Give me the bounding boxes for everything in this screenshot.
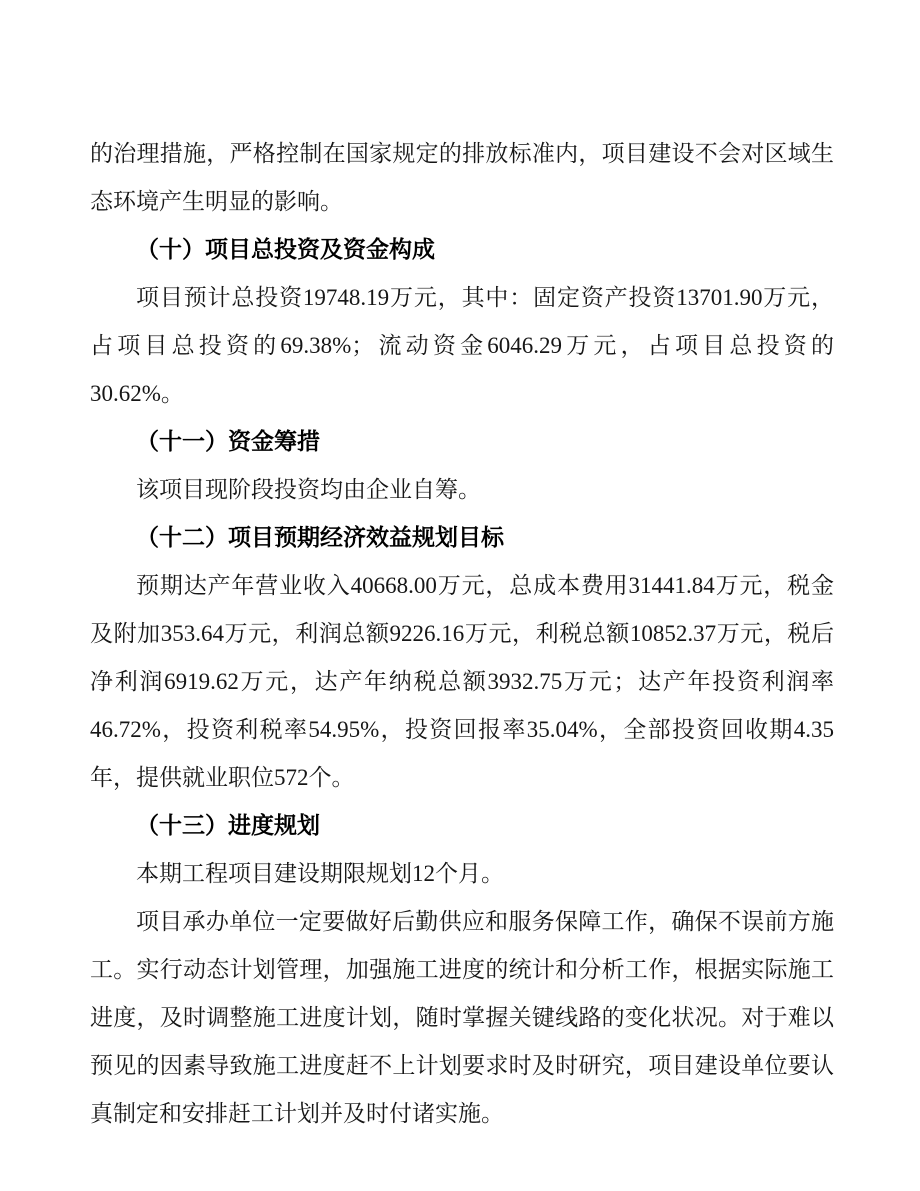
paragraph-schedule-management: 项目承办单位一定要做好后勤供应和服务保障工作，确保不误前方施工。实行动态计划管理… [90,898,834,1138]
paragraph-investment-breakdown: 项目预计总投资19748.19万元，其中：固定资产投资13701.90万元，占项… [90,274,834,418]
paragraph-environmental-impact: 的治理措施，严格控制在国家规定的排放标准内，项目建设不会对区域生态环境产生明显的… [90,130,834,226]
heading-section-11-fund-raising: （十一）资金筹措 [90,418,834,466]
heading-section-13-schedule-plan: （十三）进度规划 [90,802,834,850]
paragraph-construction-period: 本期工程项目建设期限规划12个月。 [90,850,834,898]
paragraph-fund-source: 该项目现阶段投资均由企业自筹。 [90,466,834,514]
paragraph-economic-indicators: 预期达产年营业收入40668.00万元，总成本费用31441.84万元，税金及附… [90,562,834,802]
heading-section-12-economic-benefit-goals: （十二）项目预期经济效益规划目标 [90,514,834,562]
heading-section-10-total-investment: （十）项目总投资及资金构成 [90,226,834,274]
document-page: 的治理措施，严格控制在国家规定的排放标准内，项目建设不会对区域生态环境产生明显的… [0,0,920,1191]
